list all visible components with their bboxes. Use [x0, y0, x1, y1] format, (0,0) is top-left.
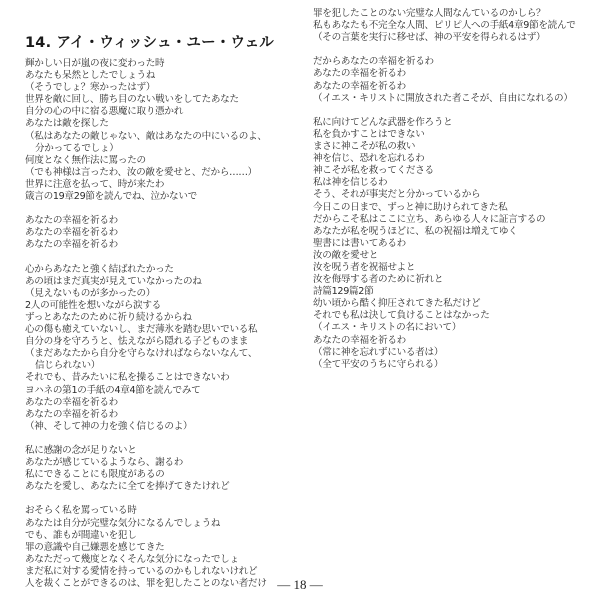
lyric-line: あなたの幸福を祈るわ: [25, 409, 267, 421]
lyric-line: （常に神を忘れずにいる者は）: [313, 347, 576, 359]
lyric-line: だからこそ私はここに立ち、あらゆる人々に証言するの: [313, 214, 576, 226]
stanza-break: [313, 105, 576, 117]
lyric-line: 幼い頃から酷く抑圧されてきた私だけど: [313, 298, 576, 310]
lyric-line: あなたは自分が完璧な気分になるんでしょうね: [25, 518, 267, 530]
lyric-line: だからあなたの幸福を祈るわ: [313, 56, 576, 68]
lyric-line: 罪の意識や自己嫌悪を感じてきた: [25, 542, 267, 554]
lyric-line: 聖書には書いてあるわ: [313, 238, 576, 250]
lyric-line: あなたの幸福を祈るわ: [25, 397, 267, 409]
lyric-line: それでも私は決して負けることはなかった: [313, 310, 576, 322]
lyric-line: あの頃はまだ真実が見えていなかったのね: [25, 276, 267, 288]
lyric-line: 汝を呪う者を祝福せよと: [313, 262, 576, 274]
lyric-line: 自分の身を守ろうと、怯えながら隠れる子どものまま: [25, 336, 267, 348]
lyric-line: 世界に注意を払って、時が来たわ: [25, 179, 267, 191]
lyric-line: （でも神様は言ったわ、汝の敵を愛せと、だから……）: [25, 167, 267, 179]
lyric-line: ヨハネの第1の手紙の4章4節を読んでみて: [25, 385, 267, 397]
lyric-line: （まだあなたから自分を守らなければならないなんて、: [25, 348, 267, 360]
lyric-line: （イエス・キリストの名において）: [313, 322, 576, 334]
lyric-line: あなたの幸福を祈るわ: [25, 215, 267, 227]
lyric-line: （私はあなたの敵じゃない、敵はあなたの中にいるのよ、: [25, 131, 267, 143]
lyric-line: 心の傷も癒えていないし、まだ薄氷を踏む思いでいる私: [25, 324, 267, 336]
lyric-line: 汝を侮辱する者のために祈れと: [313, 274, 576, 286]
lyric-line: 私に感謝の念が足りないと: [25, 445, 267, 457]
lyric-line: あなたの幸福を祈るわ: [313, 335, 576, 347]
lyric-line: 神こそが私を救ってくださる: [313, 165, 576, 177]
lyric-line: 私に向けてどんな武器を作ろうと: [313, 117, 576, 129]
lyric-line: あなたの幸福を祈るわ: [25, 239, 267, 251]
stanza-break: [313, 44, 576, 56]
lyric-line: （神、そして神の力を強く信じるのよ）: [25, 421, 267, 433]
lyric-line: あなたを愛し、あなたに全てを捧げてきたけれど: [25, 481, 267, 493]
lyric-line: それでも、昔みたいに私を操ることはできないわ: [25, 372, 267, 384]
lyric-line: あなたも呆然としたでしょうね: [25, 70, 267, 82]
lyric-line: 私は神を信じるわ: [313, 177, 576, 189]
lyric-line: ずっとあなたのために祈り続けるからね: [25, 312, 267, 324]
lyric-line: あなたの幸福を祈るわ: [313, 81, 576, 93]
lyric-line: 私を負かすことはできない: [313, 129, 576, 141]
lyrics-block-right: 罪を犯したことのない完璧な人間なんているのかしら？私もあなたも不完全な人間、ピリ…: [313, 8, 576, 371]
lyric-line: （イエス・キリストに開放された者こそが、自由になれるの）: [313, 93, 576, 105]
lyric-line: あなたが感じているようなら、謝るわ: [25, 457, 267, 469]
stanza-break: [25, 252, 267, 264]
lyric-line: でも、誰もが間違いを犯し: [25, 530, 267, 542]
lyric-line: （そうでしょ？寒かったはず）: [25, 82, 267, 94]
lyric-line: 2人の可能性を想いながら涙する: [25, 300, 267, 312]
lyric-line: まさに神こそが私の救い: [313, 141, 576, 153]
lyric-line: 自分の心の中に宿る悪魔に取り憑かれ: [25, 106, 267, 118]
lyric-line: あなたの幸福を祈るわ: [25, 227, 267, 239]
lyric-line: 輝かしい日が嵐の夜に変わった時: [25, 58, 267, 70]
lyric-line: 詩篇129篇2節: [313, 286, 576, 298]
lyric-line: （全て平安のうちに守られる）: [313, 359, 576, 371]
lyric-line: （見えないものが多かったの）: [25, 288, 267, 300]
lyric-line: あなたは敵を探した: [25, 118, 267, 130]
song-title: 14. アイ・ウィッシュ・ユー・ウェル: [25, 31, 274, 52]
stanza-break: [25, 493, 267, 505]
lyric-line: 分かってるでしょ）: [25, 143, 267, 155]
lyric-line: 神を信じ、恐れを忘れるわ: [313, 153, 576, 165]
lyric-line: 私にできることにも限度があるの: [25, 469, 267, 481]
lyric-line: あなたの幸福を祈るわ: [313, 68, 576, 80]
lyric-line: 心からあなたと強く結ばれたかった: [25, 264, 267, 276]
page-number: — 18 —: [0, 577, 600, 593]
lyric-line: 汝の敵を愛せと: [313, 250, 576, 262]
lyric-line: あなたが私を呪うほどに、私の祝福は増えてゆく: [313, 226, 576, 238]
lyrics-block-left: 輝かしい日が嵐の夜に変わった時あなたも呆然としたでしょうね（そうでしょ？寒かった…: [25, 58, 267, 590]
lyric-line: 何度となく無作法に罵ったの: [25, 155, 267, 167]
lyric-line: 私もあなたも不完全な人間、ピリピ人への手紙4章9節を読んで: [313, 20, 576, 32]
lyric-line: 罪を犯したことのない完璧な人間なんているのかしら？: [313, 8, 576, 20]
lyric-line: 箴言の19章29節を読んでね、泣かないで: [25, 191, 267, 203]
lyric-line: 世界を敵に回し、勝ち目のない戦いをしてたあなた: [25, 94, 267, 106]
stanza-break: [25, 203, 267, 215]
stanza-break: [25, 433, 267, 445]
lyric-line: あなただって幾度となくそんな気分になったでしょ: [25, 554, 267, 566]
lyric-line: おそらく私を罵っている時: [25, 505, 267, 517]
lyric-line: 今日この日まで、ずっと神に助けられてきた私: [313, 202, 576, 214]
lyric-line: 信じられない）: [25, 360, 267, 372]
lyric-line: そう、それが事実だと分かっているから: [313, 189, 576, 201]
lyric-line: （その言葉を実行に移せば、神の平安を得られるはず）: [313, 32, 576, 44]
